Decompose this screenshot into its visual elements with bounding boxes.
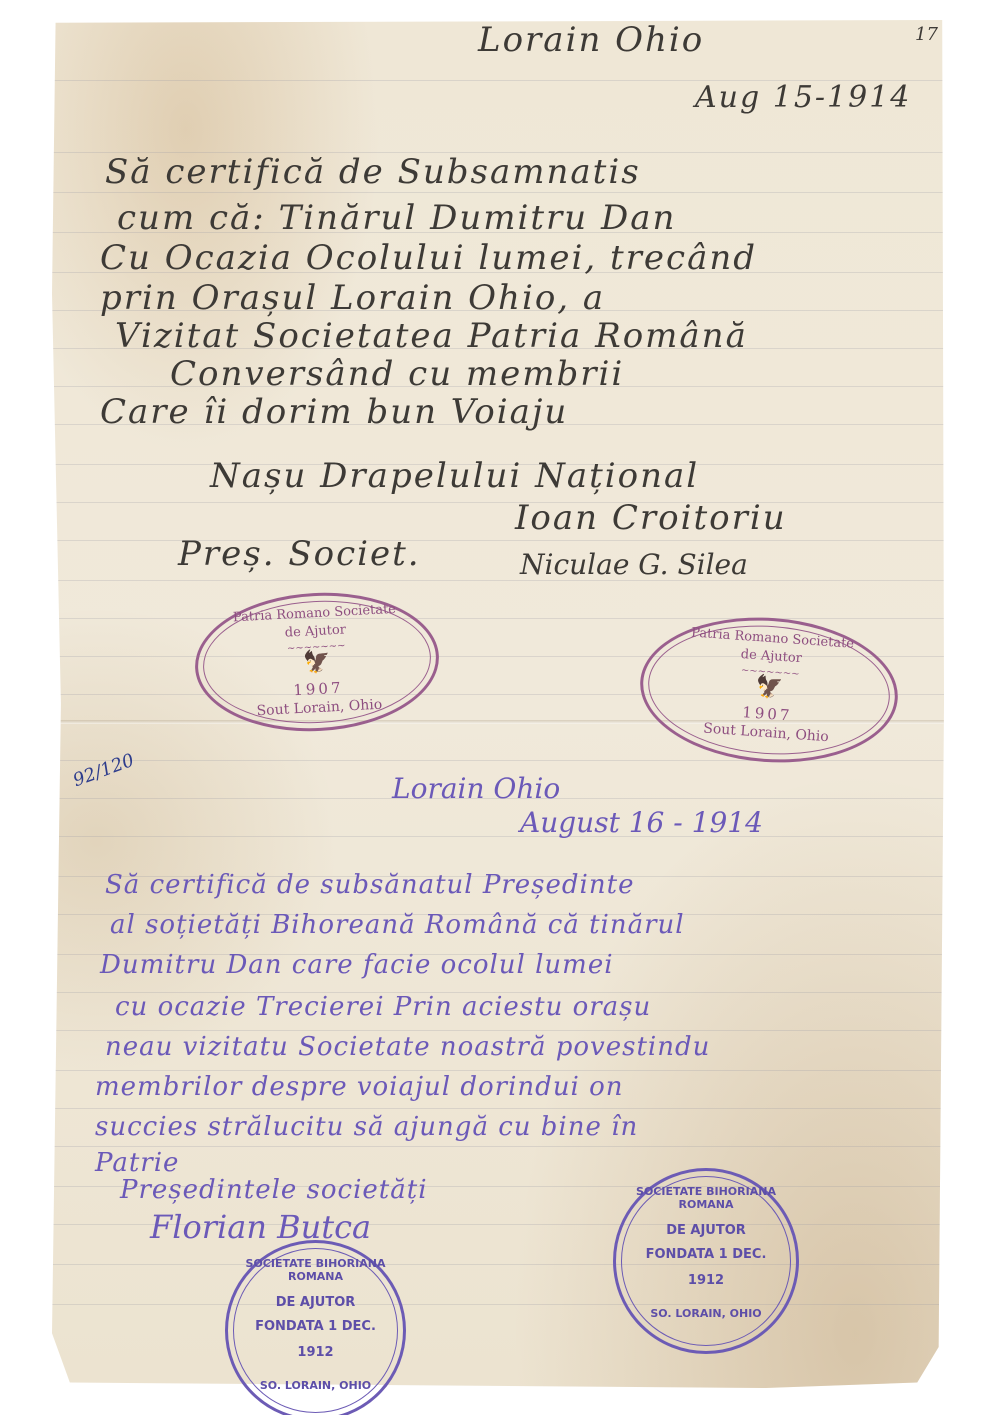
ruled-line xyxy=(52,618,944,619)
signature-president-title: Preș. Societ. xyxy=(178,534,421,574)
stamp-location: SO. LORAIN, OHIO xyxy=(228,1379,403,1392)
letter2-line: cu ocazie Trecierei Prin aciestu orașu xyxy=(115,992,651,1022)
stamp-location: SO. LORAIN, OHIO xyxy=(616,1307,796,1320)
societate-bihoriana-stamp: SOCIETATE BIHORIANA ROMANA DE AJUTOR FON… xyxy=(225,1240,406,1415)
stamp-year: 1912 xyxy=(228,1345,403,1360)
letter1-line: Vizitat Societatea Patria Română xyxy=(115,316,748,356)
ruled-line xyxy=(52,192,944,193)
letter2-line: succies strălucitu să ajungă cu bine în xyxy=(95,1112,638,1142)
ruled-line xyxy=(52,1070,944,1071)
stamp-arc-text: SOCIETATE BIHORIANA ROMANA xyxy=(228,1257,403,1283)
ruled-line xyxy=(52,1264,944,1265)
page-number: 17 xyxy=(915,24,938,45)
ruled-line xyxy=(52,1030,944,1031)
letter2-line: Patrie xyxy=(95,1148,179,1178)
stamp-founded: FONDATA 1 DEC. xyxy=(228,1319,403,1334)
signature-florian-butca: Florian Butca xyxy=(150,1208,371,1246)
letter2-place: Lorain Ohio xyxy=(392,772,560,805)
letter2-date: August 16 - 1914 xyxy=(520,806,763,839)
signature-godfather-of-flag: Nașu Drapelului Național xyxy=(210,456,699,496)
letter1-line: cum că: Tinărul Dumitru Dan xyxy=(117,198,676,238)
letter1-line: Cu Ocazia Ocolului lumei, trecând xyxy=(100,238,757,278)
ruled-line xyxy=(52,836,944,837)
stamp-founded: FONDATA 1 DEC. xyxy=(616,1247,796,1262)
ruled-line xyxy=(52,1108,944,1109)
letter1-line: Conversând cu membrii xyxy=(170,354,624,394)
ruled-line xyxy=(52,580,944,581)
letter2-closing: Președintele societăți xyxy=(120,1175,428,1205)
letter2-line: neau vizitatu Societate noastră povestin… xyxy=(105,1032,710,1062)
letter2-line: membrilor despre voiajul dorindui on xyxy=(95,1072,624,1102)
letter2-line: Dumitru Dan care facie ocolul lumei xyxy=(100,950,614,980)
letter1-line: Să certifică de Subsamnatis xyxy=(105,152,641,192)
letter2-line: al soțietăți Bihoreană Română că tinărul xyxy=(110,910,685,940)
letter2-line: Să certifică de subsănatul Președinte xyxy=(105,870,634,900)
signature-niculae-silea: Niculae G. Silea xyxy=(520,548,748,581)
stamp-year: 1912 xyxy=(616,1273,796,1288)
letter1-date: Aug 15-1914 xyxy=(695,80,911,115)
ruled-line xyxy=(52,502,944,503)
signature-ioan-croitoriu: Ioan Croitoriu xyxy=(515,498,787,538)
stamp-arc-text: SOCIETATE BIHORIANA ROMANA xyxy=(616,1185,796,1211)
ruled-line xyxy=(52,1146,944,1147)
stamp-subtitle: DE AJUTOR xyxy=(616,1223,796,1238)
ruled-line xyxy=(52,1304,944,1305)
letter1-line: prin Orașul Lorain Ohio, a xyxy=(100,278,605,318)
stamp-subtitle: DE AJUTOR xyxy=(228,1295,403,1310)
societate-bihoriana-stamp: SOCIETATE BIHORIANA ROMANA DE AJUTOR FON… xyxy=(613,1168,799,1354)
letter1-line: Care îi dorim bun Voiaju xyxy=(100,392,568,432)
letter1-place: Lorain Ohio xyxy=(478,20,704,60)
